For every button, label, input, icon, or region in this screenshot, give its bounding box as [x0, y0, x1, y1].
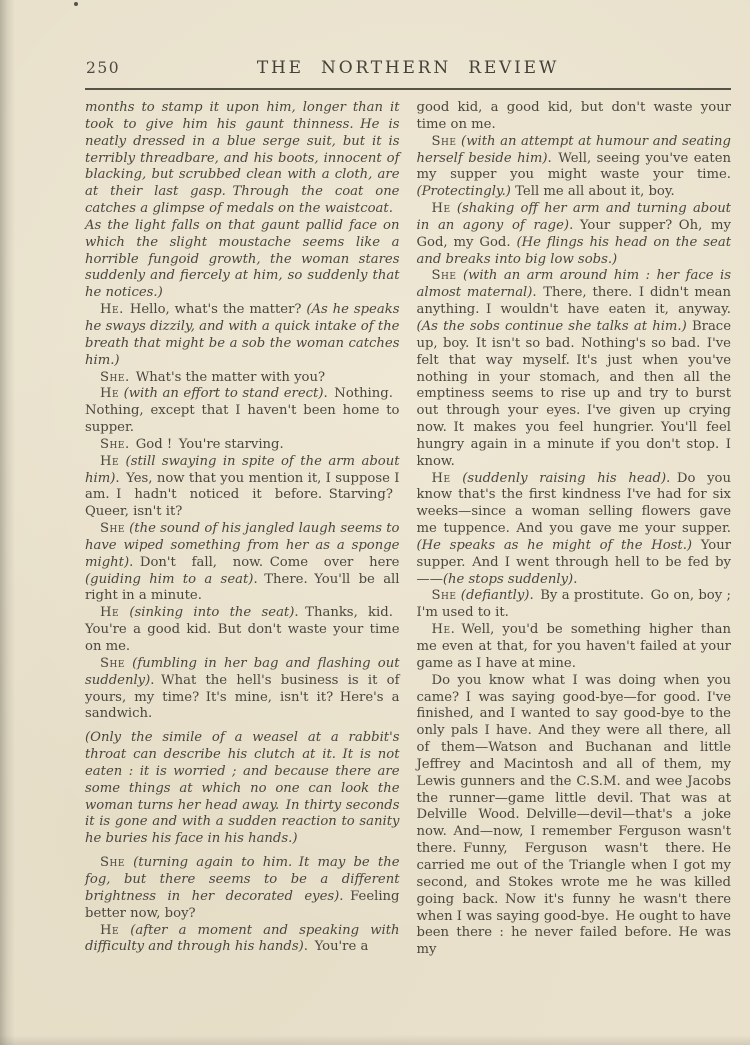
speaker-name: He: [432, 622, 451, 637]
speaker-name: He: [100, 386, 119, 401]
dialogue-text: good kid, a good kid, but don't waste yo…: [417, 100, 732, 132]
paragraph: He. Well, you'd be something higher than…: [417, 622, 732, 673]
paragraph: He (still swaying in spite of the arm ab…: [85, 454, 400, 521]
header-rule: [85, 88, 731, 90]
stage-direction: (he stops suddenly): [443, 572, 573, 587]
left-column: months to stamp it upon him, longer than…: [85, 100, 400, 959]
stage-direction: (defiantly): [461, 588, 530, 603]
dialogue-text: . Don't fall, now. Come over here: [129, 555, 399, 570]
stage-direction: (guiding him to a seat): [85, 572, 253, 587]
text-columns: months to stamp it upon him, longer than…: [85, 100, 731, 959]
stage-direction: (As the sobs continue she talks at him.): [417, 319, 687, 334]
dialogue-text: .: [573, 572, 577, 587]
dialogue-text: Brace up, boy. It isn't so bad. Nothing'…: [417, 319, 732, 469]
stage-direction: (Protectingly.): [417, 184, 511, 199]
paragraph: He (after a moment and speaking with dif…: [85, 923, 400, 957]
paragraph: She (with an arm around him : her face i…: [417, 268, 732, 470]
speaker-name: She: [432, 588, 457, 603]
dialogue-text: . Hello, what's the matter?: [119, 302, 306, 317]
scanned-book-page: 250 THE NORTHERN REVIEW months to stamp …: [0, 0, 750, 1045]
paragraph: good kid, a good kid, but don't waste yo…: [417, 100, 732, 134]
stage-direction: (suddenly raising his head): [462, 471, 666, 486]
page-scan-bottom-edge: [0, 1035, 750, 1045]
dialogue-text: . What's the matter with you?: [125, 370, 325, 385]
paragraph: months to stamp it upon him, longer than…: [85, 100, 400, 302]
speaker-name: She: [100, 855, 125, 870]
paragraph: He (with an effort to stand erect). Noth…: [85, 386, 400, 437]
speaker-name: He: [100, 302, 119, 317]
dialogue-text: . You're a: [304, 939, 369, 954]
paragraph: She. God ! You're starving.: [85, 437, 400, 454]
speaker-name: He: [100, 454, 119, 469]
speaker-name: He: [432, 201, 451, 216]
dialogue-text: . Yes, now that you mention it, I suppos…: [85, 471, 400, 520]
stage-direction: (with an effort to stand erect): [124, 386, 324, 401]
paragraph: He (sinking into the seat). Thanks, kid.…: [85, 605, 400, 656]
speaker-name: She: [100, 656, 125, 671]
speaker-name: She: [432, 268, 457, 283]
speaker-name: He: [100, 923, 119, 938]
stage-direction: (sinking into the seat): [129, 605, 294, 620]
speaker-name: She: [100, 370, 125, 385]
paragraph: He (shaking off her arm and turning abou…: [417, 201, 732, 268]
paragraph: Do you know what I was doing when you ca…: [417, 673, 732, 959]
dialogue-text: Do you know what I was doing when you ca…: [417, 673, 732, 958]
dialogue-text: . Well, you'd be something higher than m…: [417, 622, 732, 671]
ink-speck: [74, 2, 78, 6]
speaker-name: She: [100, 521, 125, 536]
dialogue-text: [125, 855, 133, 870]
paragraph: She (the sound of his jangled laugh seem…: [85, 521, 400, 605]
dialogue-text: . God ! You're starving.: [125, 437, 284, 452]
journal-title: THE NORTHERN REVIEW: [85, 58, 731, 78]
paragraph: He (suddenly raising his head). Do you k…: [417, 471, 732, 589]
paragraph: He. Hello, what's the matter? (As he spe…: [85, 302, 400, 369]
speaker-name: She: [432, 134, 457, 149]
page-scan-left-edge: [0, 0, 15, 1045]
paragraph: She. What's the matter with you?: [85, 370, 400, 387]
stage-direction: (He speaks as he might of the Host.): [417, 538, 693, 553]
right-column: good kid, a good kid, but don't waste yo…: [417, 100, 732, 959]
dialogue-text: [451, 471, 463, 486]
speaker-name: He: [100, 605, 119, 620]
speaker-name: She: [100, 437, 125, 452]
stage-direction: months to stamp it upon him, longer than…: [85, 100, 400, 300]
paragraph: She (fumbling in her bag and flashing ou…: [85, 656, 400, 723]
stage-direction: (Only the simile of a weasel at a rabbit…: [85, 730, 400, 846]
paragraph: (Only the simile of a weasel at a rabbit…: [85, 730, 400, 848]
paragraph: She (defiantly). By a prostitute. Go on,…: [417, 588, 732, 622]
paragraph: She (turning again to him. It may be the…: [85, 855, 400, 922]
speaker-name: He: [432, 471, 451, 486]
dialogue-text: [119, 923, 130, 938]
dialogue-text: [119, 605, 129, 620]
dialogue-text: Tell me all about it, boy.: [511, 184, 675, 199]
paragraph: She (with an attempt at humour and seati…: [417, 134, 732, 201]
